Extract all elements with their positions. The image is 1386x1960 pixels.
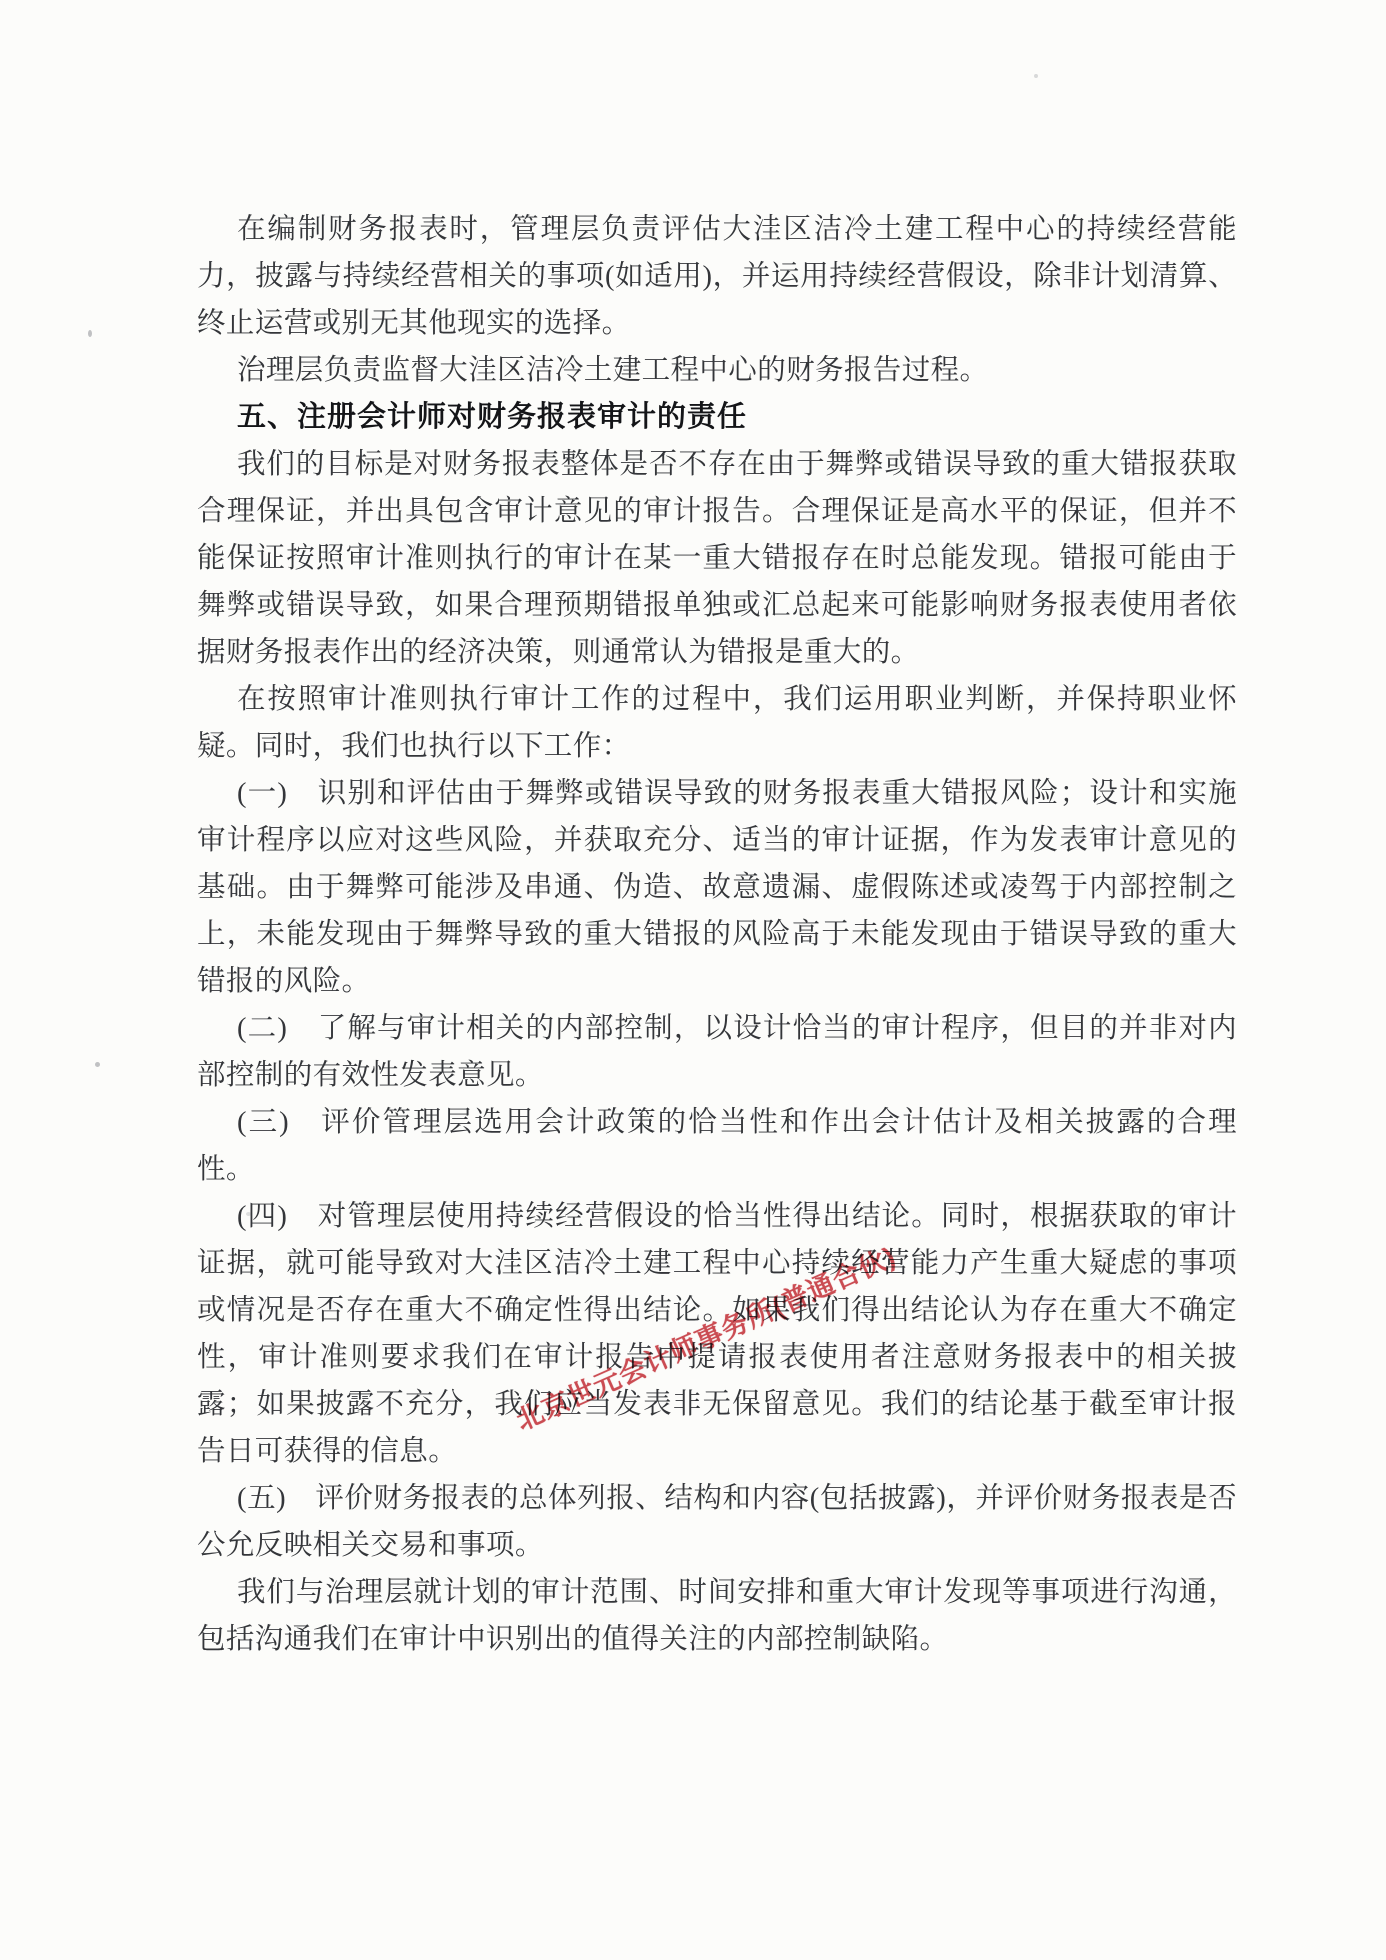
scan-artifact: [246, 1212, 251, 1216]
paragraph-item-5-overall-presentation: (五) 评价财务报表的总体列报、结构和内容(包括披露)，并评价财务报表是否公允反…: [197, 1475, 1237, 1569]
paragraph-governance-oversight: 治理层负责监督大洼区洁冷土建工程中心的财务报告过程。: [197, 347, 1237, 394]
paragraph-item-2-internal-control: (二) 了解与审计相关的内部控制，以设计恰当的审计程序，但目的并非对内部控制的有…: [197, 1005, 1237, 1099]
paragraph-communication-with-governance: 我们与治理层就计划的审计范围、时间安排和重大审计发现等事项进行沟通，包括沟通我们…: [197, 1569, 1237, 1663]
paragraph-audit-objective: 我们的目标是对财务报表整体是否不存在由于舞弊或错误导致的重大错报获取合理保证，并…: [197, 441, 1237, 676]
scan-artifact: [88, 330, 92, 337]
scan-artifact: [1034, 74, 1038, 78]
scanned-document-page: 在编制财务报表时，管理层负责评估大洼区洁冷土建工程中心的持续经营能力，披露与持续…: [0, 0, 1386, 1960]
paragraph-management-going-concern: 在编制财务报表时，管理层负责评估大洼区洁冷土建工程中心的持续经营能力，披露与持续…: [197, 206, 1237, 347]
document-body: 在编制财务报表时，管理层负责评估大洼区洁冷土建工程中心的持续经营能力，披露与持续…: [197, 206, 1237, 1663]
section-heading-auditor-responsibility: 五、注册会计师对财务报表审计的责任: [197, 394, 1237, 441]
paragraph-item-1-risk-identification: (一) 识别和评估由于舞弊或错误导致的财务报表重大错报风险；设计和实施审计程序以…: [197, 770, 1237, 1005]
paragraph-item-3-accounting-policies: (三) 评价管理层选用会计政策的恰当性和作出会计估计及相关披露的合理性。: [197, 1099, 1237, 1193]
paragraph-professional-judgment: 在按照审计准则执行审计工作的过程中，我们运用职业判断，并保持职业怀疑。同时，我们…: [197, 676, 1237, 770]
scan-artifact: [95, 1062, 100, 1067]
